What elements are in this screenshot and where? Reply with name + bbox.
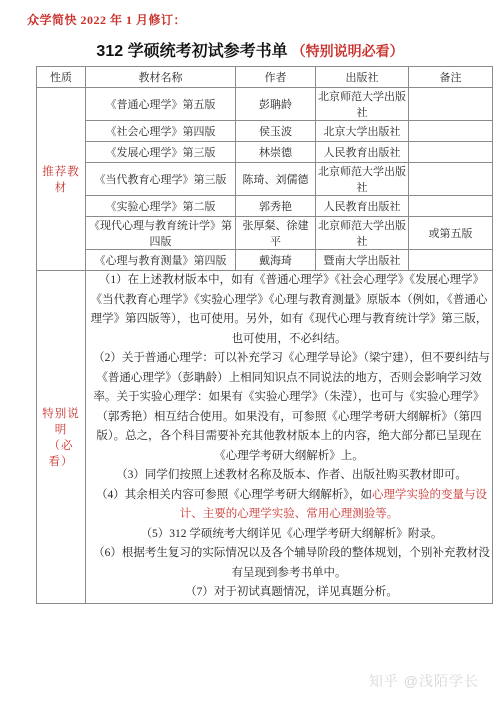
title-row: 312 学硕统考初试参考书单 （特别说明必看） [0,38,500,61]
col-header-publisher: 出版社 [316,67,409,88]
note-5: （5）312 学硕统考大纲详见《心理学考研大纲解析》附录。 [88,525,490,545]
note-3: （3）同学们按照上述教材名称及版本、作者、出版社购买教材即可。 [88,466,490,486]
book-author-cell: 戴海琦 [236,250,316,271]
special-notes-label-line2: （必看） [39,437,83,469]
table-row: 《现代心理与教育统计学》第四版 张厚粲、徐建平 北京师范大学出版社 或第五版 [37,217,493,250]
book-remark-cell: 或第五版 [409,217,493,250]
table-row: 推荐教材 《普通心理学》第五版 彭聃龄 北京师范大学出版社 [37,88,493,121]
note-7: （7）对于初试真题情况，详见真题分析。 [88,583,490,603]
booklist-table-wrap: 性质 教材名称 作者 出版社 备注 推荐教材 《普通心理学》第五版 彭聃龄 北京… [36,66,492,604]
book-publisher-cell: 北京大学出版社 [316,121,409,142]
book-publisher-cell: 暨南大学出版社 [316,250,409,271]
book-author-cell: 陈琦、刘儒德 [236,163,316,196]
book-name-cell: 《心理与教育测量》第四版 [86,250,236,271]
col-header-author: 作者 [236,67,316,88]
page-title: 312 学硕统考初试参考书单 [96,43,287,60]
special-notes-label: 特别说明 （必看） [37,271,86,604]
col-header-category: 性质 [37,67,86,88]
book-author-cell: 郭秀艳 [236,196,316,217]
book-author-cell: 张厚粲、徐建平 [236,217,316,250]
book-publisher-cell: 人民教育出版社 [316,142,409,163]
book-remark-cell [409,88,493,121]
book-name-cell: 《社会心理学》第四版 [86,121,236,142]
book-name-cell: 《普通心理学》第五版 [86,88,236,121]
book-name-cell: 《发展心理学》第三版 [86,142,236,163]
special-notes-content: （1）在上述教材版本中，如有《普通心理学》《社会心理学》《发展心理学》《当代教育… [86,271,493,604]
book-publisher-cell: 北京师范大学出版社 [316,88,409,121]
table-row: 《心理与教育测量》第四版 戴海琦 暨南大学出版社 [37,250,493,271]
book-author-cell: 彭聃龄 [236,88,316,121]
special-notes-row: 特别说明 （必看） （1）在上述教材版本中，如有《普通心理学》《社会心理学》《发… [37,271,493,604]
revision-note: 众学简快 2022 年 1 月修订： [27,11,186,28]
book-author-cell: 侯玉波 [236,121,316,142]
book-publisher-cell: 人民教育出版社 [316,196,409,217]
note-2: （2）关于普通心理学：可以补充学习《心理学导论》（梁宁建），但不要纠结与《普通心… [88,349,490,466]
book-name-cell: 《当代教育心理学》第三版 [86,163,236,196]
note-1: （1）在上述教材版本中，如有《普通心理学》《社会心理学》《发展心理学》《当代教育… [88,271,490,349]
book-publisher-cell: 北京师范大学出版社 [316,217,409,250]
book-publisher-cell: 北京师范大学出版社 [316,163,409,196]
booklist-table: 性质 教材名称 作者 出版社 备注 推荐教材 《普通心理学》第五版 彭聃龄 北京… [36,66,493,604]
book-name-cell: 《实验心理学》第二版 [86,196,236,217]
col-header-book-name: 教材名称 [86,67,236,88]
book-remark-cell [409,142,493,163]
note-6: （6）根据考生复习的实际情况以及各个辅导阶段的整体规划，个别补充教材没有呈现到参… [88,544,490,583]
zhihu-watermark: 知乎 @浅陌学长 [369,671,479,691]
table-header-row: 性质 教材名称 作者 出版社 备注 [37,67,493,88]
book-remark-cell [409,163,493,196]
col-header-remark: 备注 [409,67,493,88]
category-recommended-label: 推荐教材 [37,88,86,271]
note-4-black: （4）其余相关内容可参照《心理学考研大纲解析》，如 [96,489,372,501]
table-row: 《当代教育心理学》第三版 陈琦、刘儒德 北京师范大学出版社 [37,163,493,196]
book-remark-cell [409,196,493,217]
note-4: （4）其余相关内容可参照《心理学考研大纲解析》，如心理学实验的变量与设计、主要的… [88,486,490,525]
book-name-cell: 《现代心理与教育统计学》第四版 [86,217,236,250]
page-title-warning: （特别说明必看） [292,45,404,60]
book-remark-cell [409,121,493,142]
table-row: 《社会心理学》第四版 侯玉波 北京大学出版社 [37,121,493,142]
book-author-cell: 林崇德 [236,142,316,163]
table-row: 《发展心理学》第三版 林崇德 人民教育出版社 [37,142,493,163]
document-page: 众学简快 2022 年 1 月修订： 312 学硕统考初试参考书单 （特别说明必… [0,0,500,707]
table-row: 《实验心理学》第二版 郭秀艳 人民教育出版社 [37,196,493,217]
book-remark-cell [409,250,493,271]
special-notes-label-line1: 特别说明 [39,405,83,437]
